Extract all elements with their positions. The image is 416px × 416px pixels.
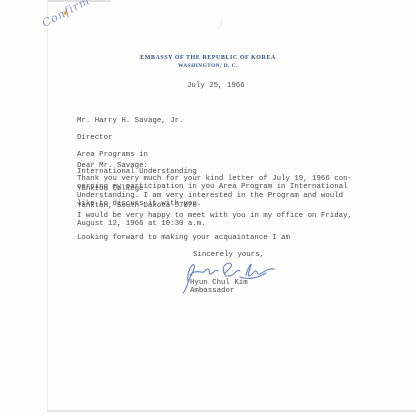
recipient-title: Director [77,134,197,142]
signer-title: Ambassador [190,287,234,295]
body-paragraph-2: I would be very happy to meet with you i… [77,212,352,229]
handwritten-note: Confirm [40,0,108,30]
recipient-name: Mr. Harry H. Savage, Jr. [77,117,197,125]
scanned-letter-page: Confirm EMBASSY OF THE REPUBLIC OF KOREA… [0,0,416,416]
letterhead-line1: EMBASSY OF THE REPUBLIC OF KOREA [0,55,416,61]
paper-edge-left [47,0,48,412]
paper-edge-bottom [47,410,416,412]
body-paragraph-1: Thank you very much for your kind letter… [77,175,352,208]
letter-date: July 25, 1966 [187,82,245,90]
recipient-org-line1: Area Programs in [77,151,197,159]
letterhead-line2: WASHINGTON, D. C. [0,63,416,69]
salutation: Dear Mr. Savage: [77,162,148,170]
scan-artifact-mark [210,15,224,30]
body-paragraph-3: Looking forward to making your acquainta… [77,234,290,242]
